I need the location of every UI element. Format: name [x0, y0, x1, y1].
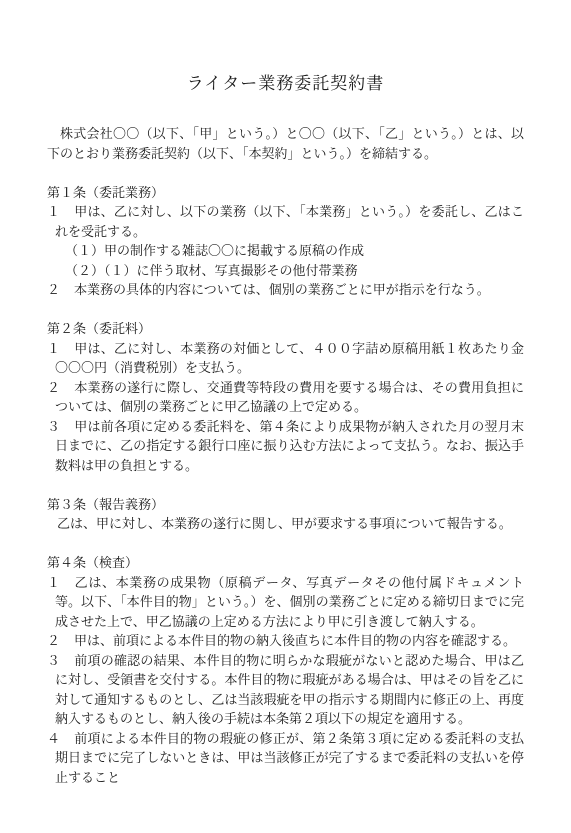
article-4-item-2: ２甲は、前項による本件目的物の納入後直ちに本件目的物の内容を確認する。	[55, 631, 524, 651]
article-3-heading: 第３条（報告義務）	[47, 495, 524, 515]
item-text: 本業務の具体的内容については、個別の業務ごとに甲が指示を行なう。	[74, 282, 490, 297]
contract-document-page: ライター業務委託契約書 株式会社〇〇（以下、「甲」という。）と〇〇（以下、「乙」…	[0, 0, 571, 833]
article-1-item-2: ２本業務の具体的内容については、個別の業務ごとに甲が指示を行なう。	[55, 280, 524, 300]
item-number: ３	[47, 417, 74, 437]
article-2-item-2: ２本業務の遂行に際し、交通費等特段の費用を要する場合は、その費用負担については、…	[55, 378, 524, 417]
item-text: 甲は、乙に対し、以下の業務（以下、「本業務」という。）を委託し、乙はこれを受託す…	[55, 204, 524, 239]
article-1-item-1: １甲は、乙に対し、以下の業務（以下、「本業務」という。）を委託し、乙はこれを受託…	[55, 202, 524, 241]
article-4-item-1: １乙は、本業務の成果物（原稿データ、写真データその他付属ドキュメント等。以下、「…	[55, 573, 524, 632]
item-number: ２	[47, 631, 74, 651]
item-text: 甲は、乙に対し、本業務の対価として、４００字詰め原稿用紙１枚あたり金〇〇〇円（消…	[55, 341, 524, 376]
article-1-heading: 第１条（委託業務）	[47, 183, 524, 203]
article-1-subitem-1: （１）甲の制作する雑誌〇〇に掲載する原稿の作成	[65, 241, 524, 261]
item-number: ２	[47, 378, 74, 398]
document-title: ライター業務委託契約書	[47, 72, 524, 96]
article-2-heading: 第２条（委託料）	[47, 319, 524, 339]
article-3-body: 乙は、甲に対し、本業務の遂行に関し、甲が要求する事項について報告する。	[57, 514, 524, 534]
article-1-subitem-2: （２）（１）に伴う取材、写真撮影その他付帯業務	[65, 261, 524, 281]
article-1: 第１条（委託業務） １甲は、乙に対し、以下の業務（以下、「本業務」という。）を委…	[47, 183, 524, 300]
item-number: ２	[47, 280, 74, 300]
article-4-item-4: ４前項による本件目的物の瑕疵の修正が、第２条第３項に定める委託料の支払期日までに…	[55, 729, 524, 788]
item-text: 甲は、前項による本件目的物の納入後直ちに本件目的物の内容を確認する。	[74, 633, 516, 648]
item-text: 前項による本件目的物の瑕疵の修正が、第２条第３項に定める委託料の支払期日までに完…	[55, 731, 524, 785]
item-text: 乙は、本業務の成果物（原稿データ、写真データその他付属ドキュメント等。以下、「本…	[55, 575, 524, 629]
article-2-item-3: ３甲は前各項に定める委託料を、第４条により成果物が納入された月の翌月末日までに、…	[55, 417, 524, 476]
article-2-item-1: １甲は、乙に対し、本業務の対価として、４００字詰め原稿用紙１枚あたり金〇〇〇円（…	[55, 339, 524, 378]
article-4-heading: 第４条（検査）	[47, 553, 524, 573]
item-number: ４	[47, 729, 74, 749]
item-number: １	[47, 573, 74, 593]
item-number: １	[47, 202, 74, 222]
item-text: 甲は前各項に定める委託料を、第４条により成果物が納入された月の翌月末日までに、乙…	[55, 419, 524, 473]
item-text: 前項の確認の結果、本件目的物に明らかな瑕疵がないと認めた場合、甲は乙に対し、受領…	[55, 653, 524, 727]
item-number: ３	[47, 651, 74, 671]
article-3: 第３条（報告義務） 乙は、甲に対し、本業務の遂行に関し、甲が要求する事項について…	[47, 495, 524, 534]
item-number: １	[47, 339, 74, 359]
article-2: 第２条（委託料） １甲は、乙に対し、本業務の対価として、４００字詰め原稿用紙１枚…	[47, 319, 524, 475]
item-text: 本業務の遂行に際し、交通費等特段の費用を要する場合は、その費用負担については、個…	[55, 380, 524, 415]
intro-paragraph: 株式会社〇〇（以下、「甲」という。）と〇〇（以下、「乙」という。）とは、以下のと…	[47, 124, 524, 163]
article-4-item-3: ３前項の確認の結果、本件目的物に明らかな瑕疵がないと認めた場合、甲は乙に対し、受…	[55, 651, 524, 729]
article-4: 第４条（検査） １乙は、本業務の成果物（原稿データ、写真データその他付属ドキュメ…	[47, 553, 524, 787]
